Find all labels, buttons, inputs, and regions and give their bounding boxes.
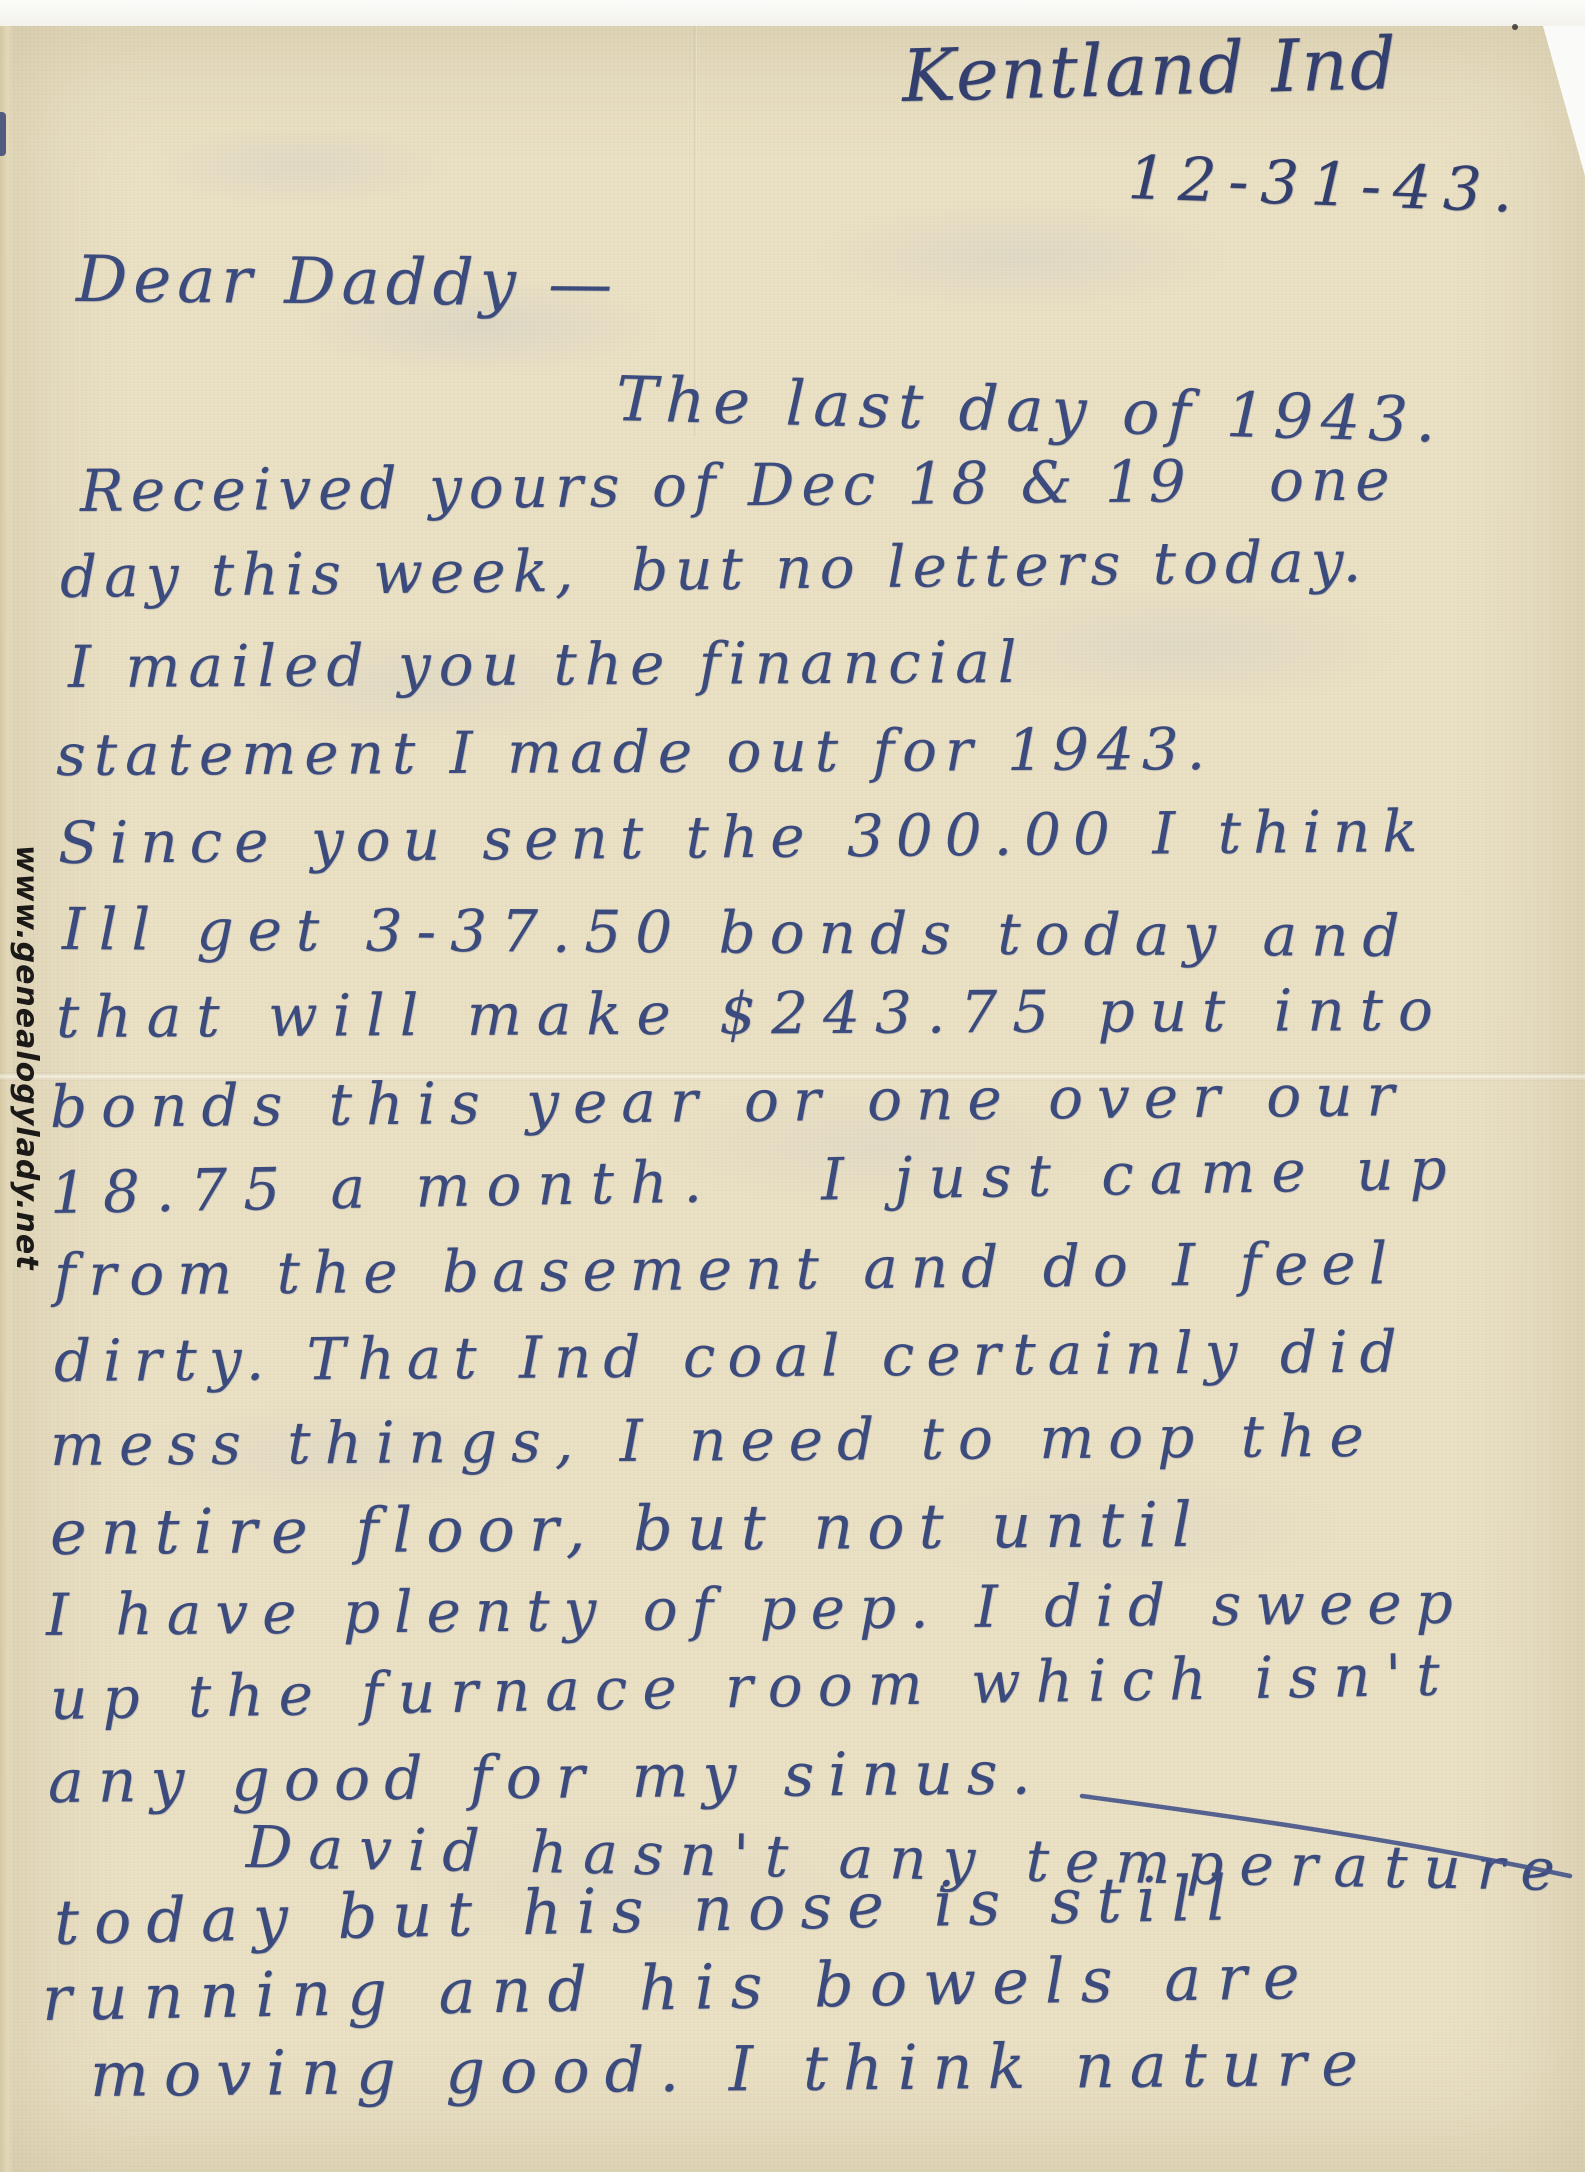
handwriting-line: any good for my sinus. (48, 1743, 1045, 1812)
handwriting-line: mess things, I need to mop the (50, 1407, 1378, 1474)
handwriting-line: Received yours of Dec 18 & 19 one (80, 451, 1397, 520)
handwriting-line: statement I made out for 1943. (56, 720, 1213, 784)
handwriting-line: moving good. I think nature (90, 2033, 1373, 2106)
salutation: Dear Daddy — (76, 248, 619, 317)
handwriting-line: I mailed you the financial (68, 633, 1025, 696)
ink-smudge-left-edge (0, 112, 6, 156)
watermark-text: www.genealogylady.net (6, 845, 44, 1305)
handwriting-line: entire floor, but not until (50, 1494, 1206, 1564)
handwriting-line: bonds this year or one over our (50, 1066, 1409, 1136)
handwriting-line: Since you sent the 300.00 I think (58, 802, 1430, 872)
scanned-letter: www.genealogylady.net Kentland Ind 12-31… (0, 0, 1585, 2172)
handwriting-line: from the basement and do I feel (54, 1234, 1401, 1304)
handwriting-line: I have plenty of pep. I did sweep (46, 1574, 1467, 1644)
header-date: 12-31-43. (1127, 148, 1526, 222)
dust-speck (1512, 24, 1518, 30)
handwriting-line: Ill get 3-37.50 bonds today and (62, 900, 1414, 965)
handwriting-line: day this week, but no letters today. (60, 532, 1369, 606)
handwriting-line: that will make $243.75 put into (56, 981, 1448, 1046)
header-location: Kentland Ind (901, 27, 1399, 112)
handwriting-line: dirty. That Ind coal certainly did (54, 1323, 1409, 1390)
